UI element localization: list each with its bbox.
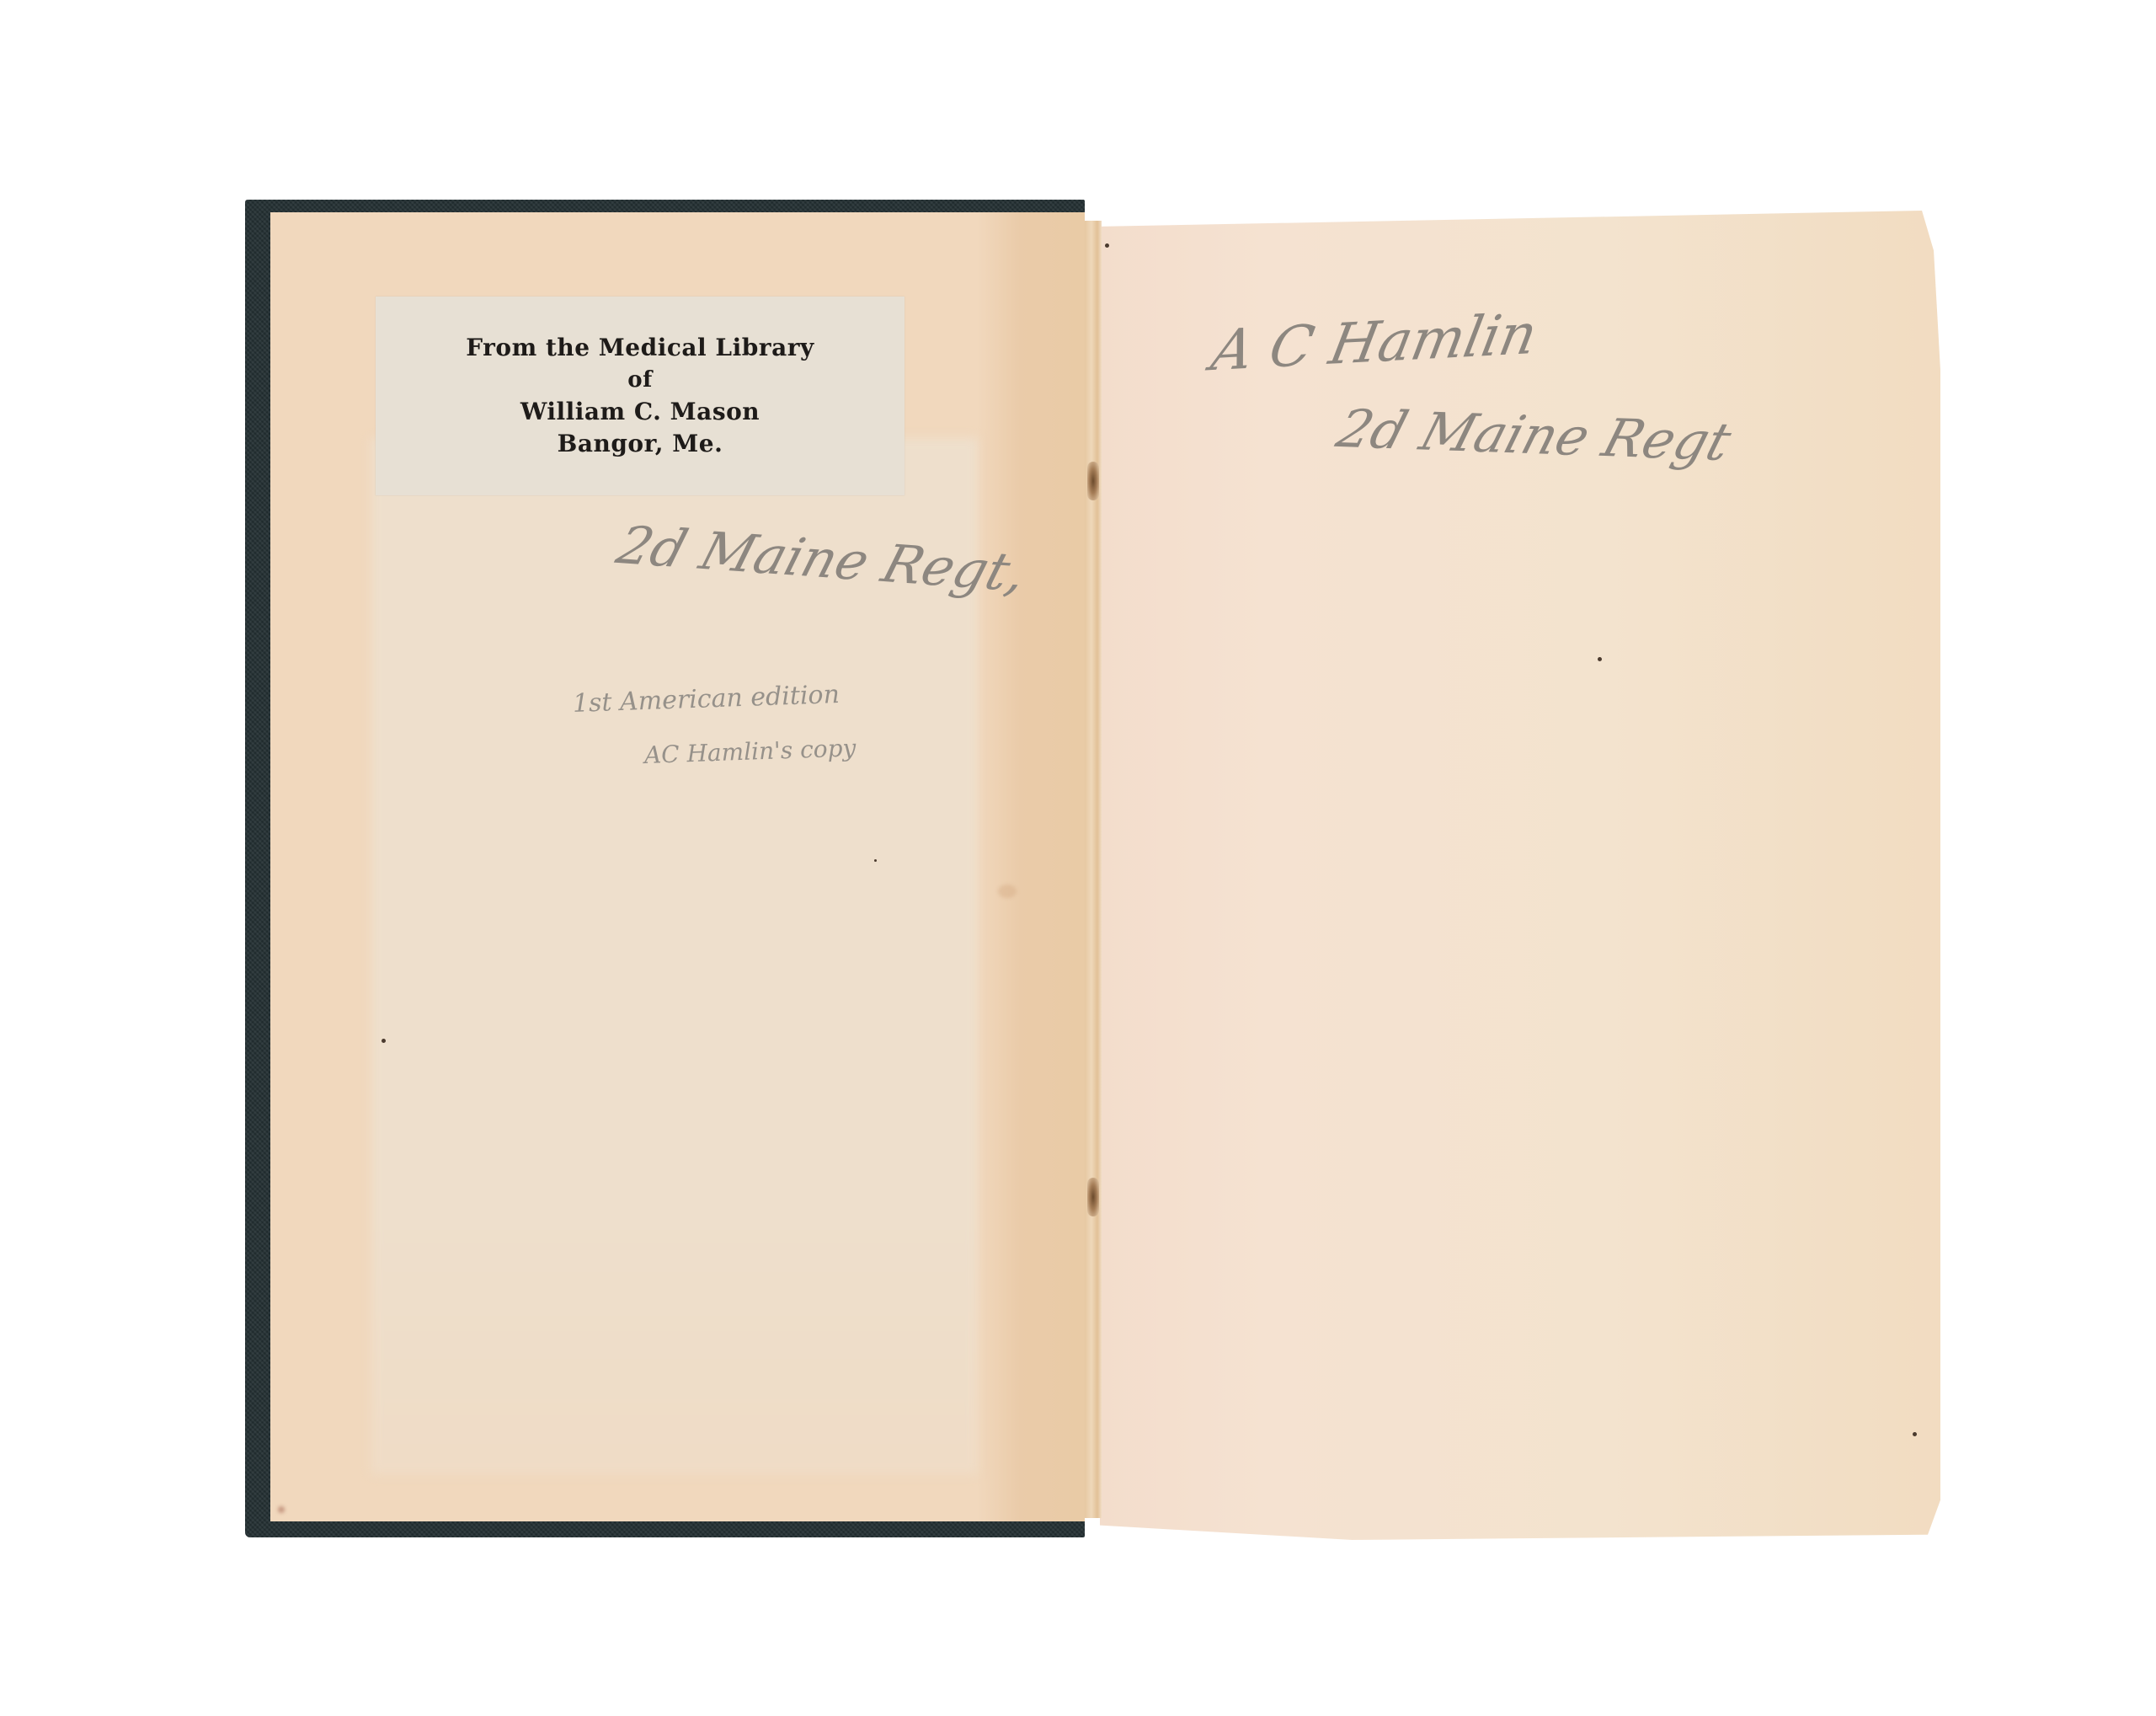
foxing-stain [278, 1506, 285, 1513]
foxing-speck [1913, 1432, 1917, 1436]
foxing-stain [998, 885, 1017, 898]
bookplate-line-2: of [627, 364, 653, 396]
stitch-hole-bottom [1087, 1178, 1099, 1216]
bookplate-line-3: William C. Mason [520, 396, 760, 428]
book-hinge [1085, 221, 1102, 1518]
bookplate-line-4: Bangor, Me. [558, 428, 723, 460]
gutter-toning [977, 212, 1085, 1521]
foxing-speck [874, 859, 877, 862]
foxing-speck [382, 1039, 386, 1043]
bookplate-line-1: From the Medical Library [466, 332, 814, 364]
bookplate-label: From the Medical Library of William C. M… [376, 297, 905, 495]
foxing-speck [1105, 243, 1109, 248]
stitch-hole-top [1087, 462, 1099, 500]
foxing-speck [1598, 657, 1602, 661]
